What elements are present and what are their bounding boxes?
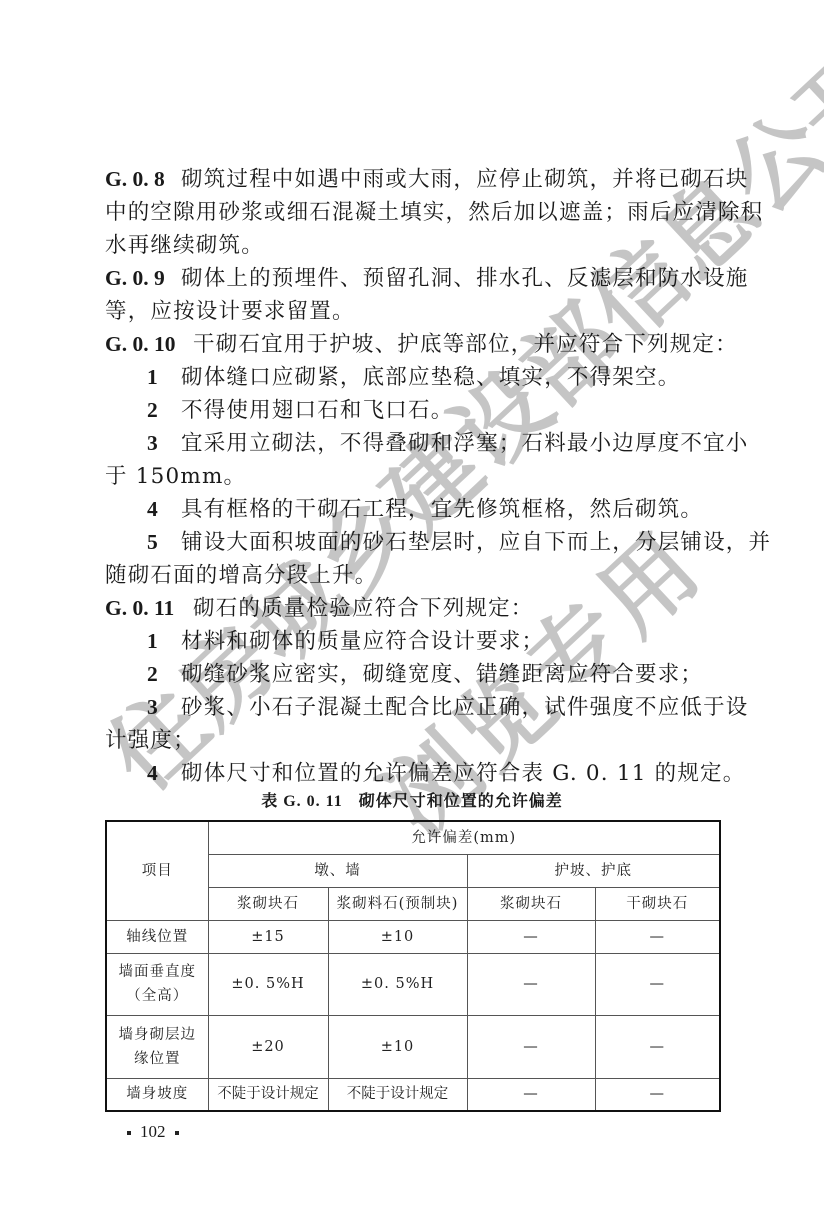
header-subgroup-pier-wall: 墩、墙 [208, 854, 467, 887]
row-item-label: 轴线位置 [126, 929, 188, 945]
clause-g-0-10-item-5: 5铺设大面积坡面的砂石垫层时，应自下而上，分层铺设，并 [105, 526, 721, 559]
cell: ±20 [208, 1015, 328, 1078]
page-number-value: 102 [140, 1122, 166, 1141]
item-number: 3 [147, 691, 181, 724]
cell: — [467, 920, 595, 953]
bullet-dot-right [175, 1131, 179, 1135]
item-text: 材料和砌体的质量应符合设计要求； [181, 629, 544, 654]
item-number: 2 [147, 658, 181, 691]
header-col-4: 干砌块石 [595, 887, 720, 920]
cell: — [467, 1078, 595, 1111]
clause-g-0-8-line-2: 中的空隙用砂浆或细石混凝土填实，然后加以遮盖；雨后应清除积 [105, 196, 721, 229]
item-text: 砌缝砂浆应密实，砌缝宽度、错缝距离应符合要求； [181, 662, 703, 687]
clause-number: G. 0. 11 [105, 592, 193, 625]
item-text: 宜采用立砌法，不得叠砌和浮塞；石料最小边厚度不宜小 [181, 431, 749, 456]
cell: 不陡于设计规定 [208, 1078, 328, 1111]
table-row: 墙身砌层边 缘位置 ±20 ±10 — — [106, 1015, 720, 1078]
clause-g-0-10-item-1: 1砌体缝口应砌紧，底部应垫稳、填实，不得架空。 [105, 361, 721, 394]
clause-g-0-9-line-1: G. 0. 9砌体上的预埋件、预留孔洞、排水孔、反滤层和防水设施 [105, 262, 721, 295]
item-number: 1 [147, 361, 181, 394]
row-item-label: 墙身坡度 [126, 1086, 188, 1102]
clause-text: 砌石的质量检验应符合下列规定： [193, 596, 534, 621]
table-row: 墙面垂直度 （全高） ±0. 5%H ±0. 5%H — — [106, 953, 720, 1015]
item-number: 4 [147, 757, 181, 790]
clause-text: 干砌石宜用于护坡、护底等部位，并应符合下列规定： [193, 332, 738, 357]
clause-g-0-11-item-4: 4砌体尺寸和位置的允许偏差应符合表 G. 0. 11 的规定。 [105, 757, 721, 790]
clause-g-0-10-item-2: 2不得使用翅口石和飞口石。 [105, 394, 721, 427]
body-text: G. 0. 8砌筑过程中如遇中雨或大雨，应停止砌筑，并将已砌石块 中的空隙用砂浆… [105, 163, 721, 790]
cell: — [595, 1078, 720, 1111]
clause-number: G. 0. 10 [105, 328, 193, 361]
row-item-label: 墙面垂直度 [109, 960, 206, 984]
item-text: 砌体缝口应砌紧，底部应垫稳、填实，不得架空。 [181, 365, 680, 390]
clause-number: G. 0. 9 [105, 262, 181, 295]
row-item-label-cont: 缘位置 [109, 1047, 206, 1071]
row-item: 墙身砌层边 缘位置 [106, 1015, 208, 1078]
cell: ±15 [208, 920, 328, 953]
item-number: 3 [147, 427, 181, 460]
row-item: 轴线位置 [106, 920, 208, 953]
header-col-3: 浆砌块石 [467, 887, 595, 920]
table-header-row-1: 项目 允许偏差(mm) [106, 821, 720, 854]
clause-g-0-11-line-1: G. 0. 11砌石的质量检验应符合下列规定： [105, 592, 721, 625]
table-row: 墙身坡度 不陡于设计规定 不陡于设计规定 — — [106, 1078, 720, 1111]
clause-text: 砌筑过程中如遇中雨或大雨，应停止砌筑，并将已砌石块 [181, 167, 749, 192]
clause-g-0-11-item-3: 3砂浆、小石子混凝土配合比应正确，试件强度不应低于设 [105, 691, 721, 724]
item-text: 不得使用翅口石和飞口石。 [181, 398, 453, 423]
clause-g-0-8-line-3: 水再继续砌筑。 [105, 229, 721, 262]
clause-text: 砌体上的预埋件、预留孔洞、排水孔、反滤层和防水设施 [181, 266, 749, 291]
clause-number: G. 0. 8 [105, 163, 181, 196]
item-text: 砌体尺寸和位置的允许偏差应符合表 G. 0. 11 的规定。 [181, 761, 745, 786]
row-item: 墙身坡度 [106, 1078, 208, 1111]
item-text: 具有框格的干砌石工程，宜先修筑框格，然后砌筑。 [181, 497, 703, 522]
cell: — [595, 1015, 720, 1078]
cell: — [467, 953, 595, 1015]
item-number: 5 [147, 526, 181, 559]
header-col-1: 浆砌块石 [208, 887, 328, 920]
row-item-label: 墙身砌层边 [109, 1023, 206, 1047]
deviation-table: 项目 允许偏差(mm) 墩、墙 护坡、护底 浆砌块石 浆砌料石(预制块) 浆砌块… [105, 820, 721, 1112]
item-text: 砂浆、小石子混凝土配合比应正确，试件强度不应低于设 [181, 695, 749, 720]
table-caption-title: 砌体尺寸和位置的允许偏差 [359, 791, 563, 810]
document-page: 住房城乡建设部信息公开 浏览专用 G. 0. 8砌筑过程中如遇中雨或大雨，应停止… [0, 0, 824, 1216]
clause-g-0-8-line-1: G. 0. 8砌筑过程中如遇中雨或大雨，应停止砌筑，并将已砌石块 [105, 163, 721, 196]
cell: — [467, 1015, 595, 1078]
item-number: 2 [147, 394, 181, 427]
table-row: 轴线位置 ±15 ±10 — — [106, 920, 720, 953]
clause-g-0-10-line-1: G. 0. 10干砌石宜用于护坡、护底等部位，并应符合下列规定： [105, 328, 721, 361]
clause-g-0-11-item-1: 1材料和砌体的质量应符合设计要求； [105, 625, 721, 658]
bullet-dot-left [127, 1131, 131, 1135]
item-text: 铺设大面积坡面的砂石垫层时，应自下而上，分层铺设，并 [181, 530, 771, 555]
clause-g-0-10-item-5-cont: 随砌石面的增高分段上升。 [105, 559, 721, 592]
clause-g-0-10-item-4: 4具有框格的干砌石工程，宜先修筑框格，然后砌筑。 [105, 493, 721, 526]
row-item: 墙面垂直度 （全高） [106, 953, 208, 1015]
cell: 不陡于设计规定 [328, 1078, 467, 1111]
clause-g-0-10-item-3: 3宜采用立砌法，不得叠砌和浮塞；石料最小边厚度不宜小 [105, 427, 721, 460]
clause-g-0-9-line-2: 等，应按设计要求留置。 [105, 295, 721, 328]
clause-g-0-11-item-3-cont: 计强度； [105, 724, 721, 757]
page-number: 102 [118, 1122, 188, 1142]
header-item: 项目 [106, 821, 208, 920]
cell: ±0. 5%H [208, 953, 328, 1015]
cell: ±0. 5%H [328, 953, 467, 1015]
header-col-2: 浆砌料石(预制块) [328, 887, 467, 920]
clause-g-0-10-item-3-cont: 于 150mm。 [105, 460, 721, 493]
clause-g-0-11-item-2: 2砌缝砂浆应密实，砌缝宽度、错缝距离应符合要求； [105, 658, 721, 691]
cell: ±10 [328, 920, 467, 953]
header-subgroup-slope-bottom: 护坡、护底 [467, 854, 720, 887]
cell: ±10 [328, 1015, 467, 1078]
table-caption-number: 表 G. 0. 11 [261, 793, 343, 810]
item-number: 4 [147, 493, 181, 526]
cell: — [595, 953, 720, 1015]
header-group: 允许偏差(mm) [208, 821, 720, 854]
row-item-label-cont: （全高） [109, 984, 206, 1008]
table-caption: 表 G. 0. 11砌体尺寸和位置的允许偏差 [105, 788, 719, 811]
cell: — [595, 920, 720, 953]
item-number: 1 [147, 625, 181, 658]
